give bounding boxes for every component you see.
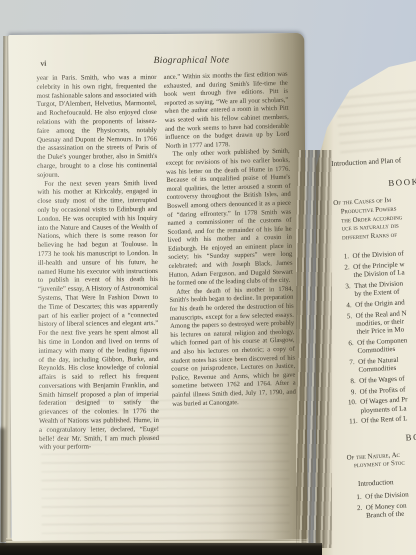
contents-page: Introduction and Plan of BOOK Of the Cau… [331, 155, 416, 524]
book-two-heading: BOOK [345, 430, 416, 445]
text-column-left: year in Paris. Smith, who was a minor ce… [37, 74, 160, 453]
paragraph: The only other work published by Smith, … [166, 148, 294, 289]
toc-item: 11. Of the Rent of L [345, 413, 416, 426]
toc-item-text: Of the NaturalCommodities [358, 353, 416, 374]
toc-item-number: 1. [348, 493, 365, 502]
toc-item: 8. Of the Wages of [342, 372, 416, 385]
toc-item-number: 1. [336, 252, 353, 261]
toc-item-number: 6. [340, 339, 357, 356]
book-one-toc: 1. Of the Division of 2. Of the Principl… [336, 248, 416, 426]
toc-item-text: Of the Division [365, 489, 416, 501]
book-two-toc: 1. Of the Division 2. Of Money conBranch… [348, 489, 416, 521]
toc-item: 1. Of the Division [348, 489, 416, 502]
toc-item-text: Of the Profits of [359, 383, 416, 395]
toc-item: 1. Of the Division of [336, 248, 416, 261]
open-book-photo: vi Biographical Note year in Paris. Smit… [0, 0, 416, 555]
toc-item-number: 5. [339, 312, 357, 337]
toc-item-text: Of the Wages of [359, 372, 416, 384]
paragraph: ance.” Within six months the first editi… [164, 71, 290, 152]
toc-item-text: That the Divisionby the Extent of [354, 278, 416, 299]
toc-item-number: 8. [342, 377, 359, 386]
toc-item-line: Of the Rent of L [361, 413, 416, 425]
toc-item-line: Of the Profits of [359, 383, 416, 395]
toc-item-text: Of Wages and Prployments of La [360, 394, 416, 415]
toc-item-line: Of the Division [365, 489, 416, 501]
paragraph: For the next seven years Smith lived wit… [37, 180, 159, 454]
running-header: Biographical Note [154, 55, 230, 66]
toc-item-line: Of the Division of [352, 248, 416, 260]
toc-item: 2. Of the Principle wthe Division of La [336, 259, 416, 280]
book-one-caption: Of the Causes of ImProductive Powersthe … [333, 195, 416, 244]
toc-item: 10. Of Wages and Prployments of La [344, 394, 416, 415]
toc-item-line: Of the Wages of [359, 372, 416, 384]
left-page: vi Biographical Note year in Paris. Smit… [8, 33, 308, 541]
toc-item-text: Of the ComponenCommodities [357, 334, 416, 355]
book-two-caption: Of the Nature, Acployment of Stoc [346, 449, 416, 472]
toc-item-text: Of Money conBranch of the [366, 499, 416, 520]
book-bottom-shadow [0, 543, 322, 555]
paragraph: year in Paris. Smith, who was a minor ce… [37, 74, 158, 180]
toc-item-number: 2. [349, 504, 366, 521]
book-two-introduction: Introduction [348, 476, 416, 489]
page-number: vi [40, 59, 46, 68]
corner-shadow [0, 428, 5, 546]
toc-item-number: 11. [345, 417, 362, 426]
ink-bleedthrough [335, 90, 416, 159]
toc-item: 5. Of the Real and Nmodities, or theirth… [339, 307, 416, 337]
toc-item-number: 3. [337, 282, 354, 299]
paragraph: After the death of his mother in 1784, S… [169, 285, 296, 409]
text-column-right: ance.” Within six months the first editi… [164, 71, 298, 452]
toc-item: 7. Of the NaturalCommodities [341, 353, 416, 374]
toc-item-text: Of the Principle wthe Division of La [353, 259, 416, 280]
toc-item-text: Of the Origin and [355, 297, 416, 309]
toc-item-text: Of the Rent of L [361, 413, 416, 425]
page-header: vi Biographical Note [8, 55, 304, 71]
toc-item: 9. Of the Profits of [343, 383, 416, 396]
book-gutter [296, 150, 332, 548]
text-columns: year in Paris. Smith, who was a minor ce… [9, 73, 308, 453]
toc-item-line: Of the Origin and [355, 297, 416, 309]
book-one-heading: BOOK [332, 176, 416, 191]
toc-item-number: 4. [338, 301, 355, 310]
toc-item: 6. Of the ComponenCommodities [340, 334, 416, 355]
toc-item-number: 2. [336, 263, 353, 280]
toc-item: 4. Of the Origin and [338, 297, 416, 310]
toc-item-number: 10. [344, 398, 361, 415]
toc-item-number: 9. [343, 387, 360, 396]
toc-item: 3. That the Divisionby the Extent of [337, 278, 416, 299]
toc-item-number: 7. [341, 358, 358, 375]
toc-item: 2. Of Money conBranch of the [349, 499, 416, 520]
toc-item-text: Of the Division of [352, 248, 416, 260]
toc-item-text: Of the Real and Nmodities, or theirtheir… [355, 307, 416, 336]
